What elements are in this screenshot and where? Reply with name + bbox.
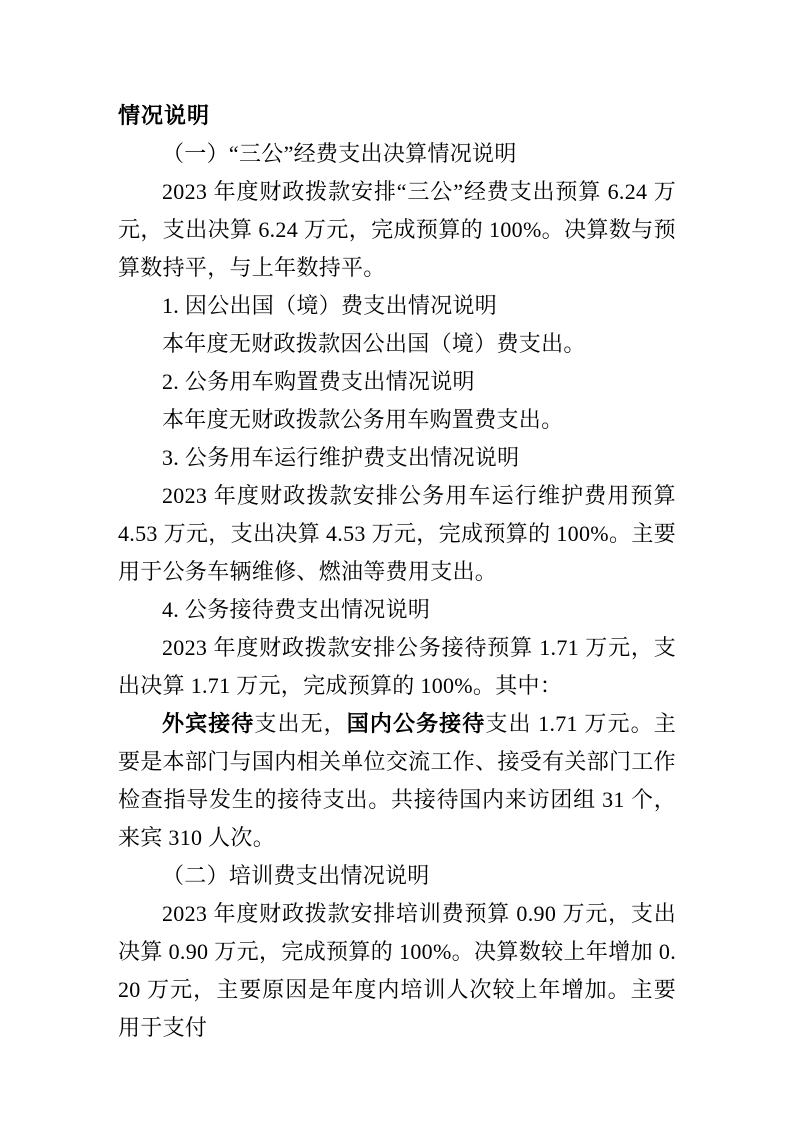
item-4-heading: 4. 公务接待费支出情况说明 bbox=[118, 591, 676, 629]
item-3-body: 2023 年度财政拨款安排公务用车运行维护费用预算 4.53 万元，支出决算 4… bbox=[118, 477, 676, 591]
paragraph-sangong-summary: 2023 年度财政拨款安排“三公”经费支出预算 6.24 万元，支出决算 6.2… bbox=[118, 173, 676, 287]
plain-segment: 支出无， bbox=[254, 711, 346, 736]
section-heading: 情况说明 bbox=[118, 97, 676, 135]
item-1-heading: 1. 因公出国（境）费支出情况说明 bbox=[118, 287, 676, 325]
bold-phrase-domestic-reception: 国内公务接待 bbox=[347, 711, 486, 736]
paragraph-training-fee: 2023 年度财政拨款安排培训费预算 0.90 万元，支出决算 0.90 万元，… bbox=[118, 895, 676, 1047]
item-4-detail: 外宾接待支出无，国内公务接待支出 1.71 万元。主要是本部门与国内相关单位交流… bbox=[118, 705, 676, 857]
subsection-2-heading: （二）培训费支出情况说明 bbox=[118, 857, 676, 895]
item-3-heading: 3. 公务用车运行维护费支出情况说明 bbox=[118, 439, 676, 477]
item-1-body: 本年度无财政拨款因公出国（境）费支出。 bbox=[118, 325, 676, 363]
document-page: 情况说明 （一）“三公”经费支出决算情况说明 2023 年度财政拨款安排“三公”… bbox=[0, 0, 793, 1122]
bold-phrase-foreign-reception: 外宾接待 bbox=[162, 711, 254, 736]
item-2-heading: 2. 公务用车购置费支出情况说明 bbox=[118, 363, 676, 401]
item-2-body: 本年度无财政拨款公务用车购置费支出。 bbox=[118, 401, 676, 439]
item-4-body: 2023 年度财政拨款安排公务接待预算 1.71 万元，支出决算 1.71 万元… bbox=[118, 629, 676, 705]
subsection-1-heading: （一）“三公”经费支出决算情况说明 bbox=[118, 135, 676, 173]
document-content-area: 情况说明 （一）“三公”经费支出决算情况说明 2023 年度财政拨款安排“三公”… bbox=[118, 97, 676, 1047]
